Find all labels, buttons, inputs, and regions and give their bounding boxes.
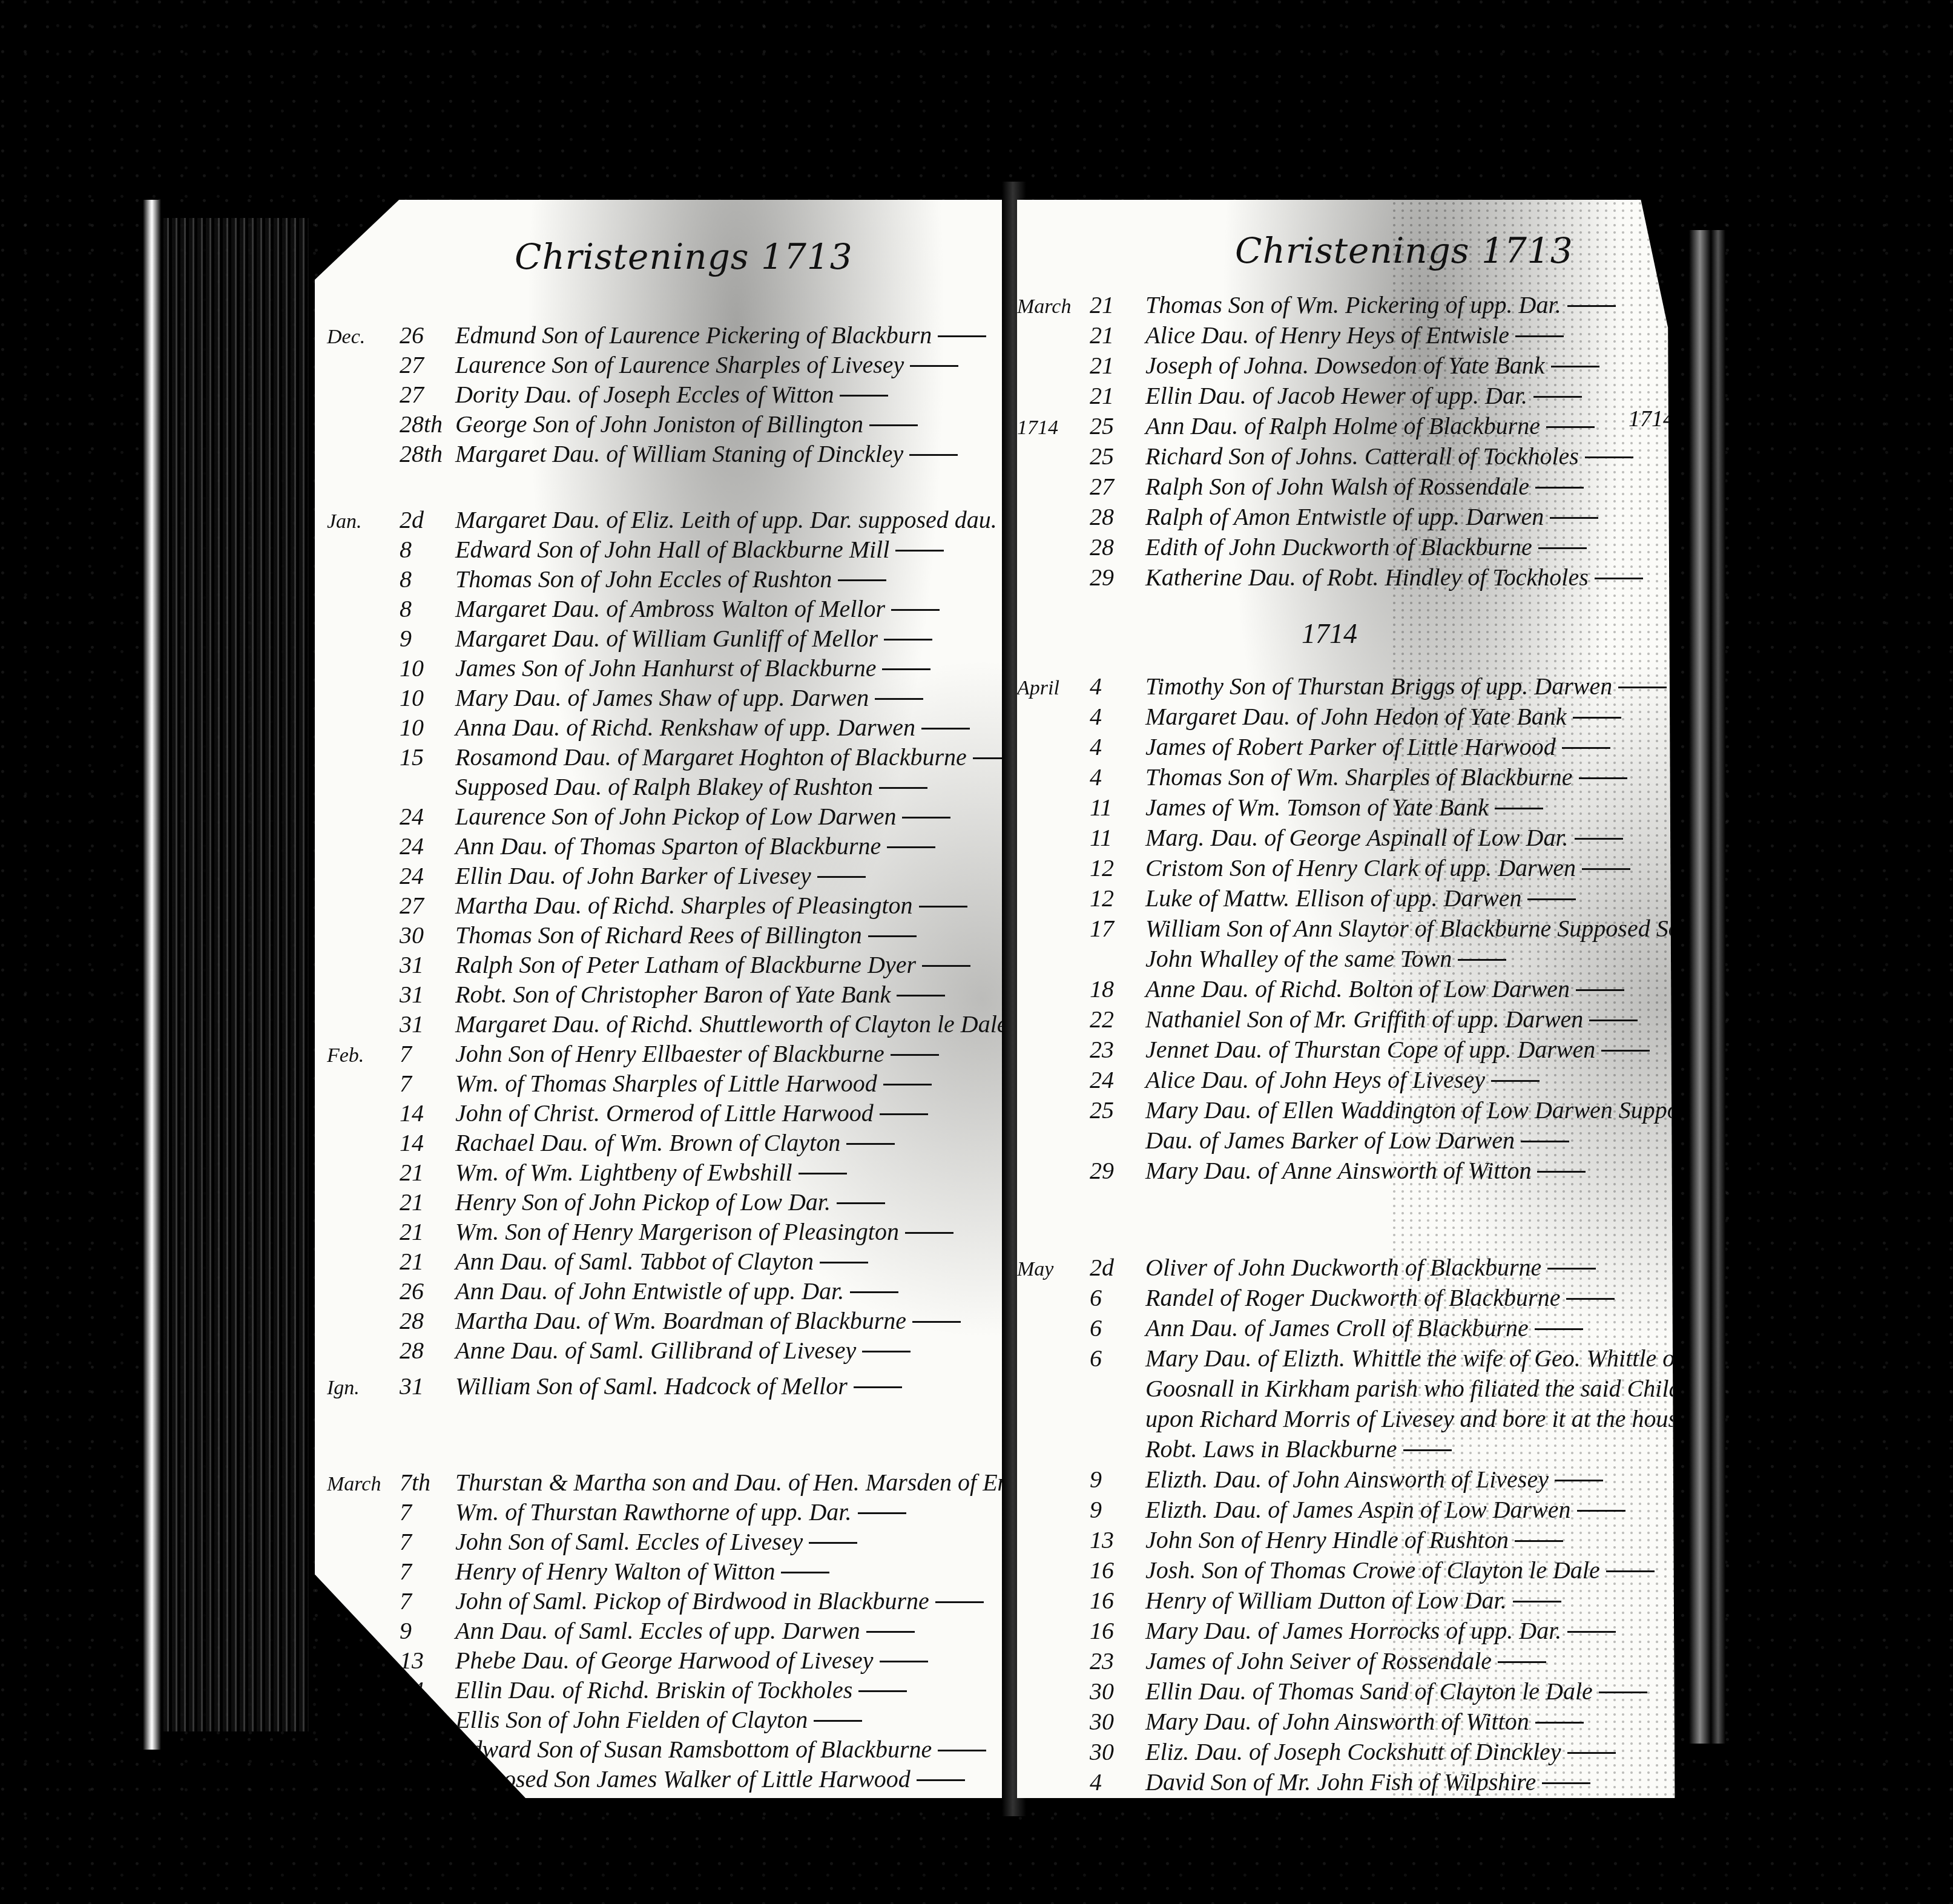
line-filler-dash: [902, 817, 950, 819]
entry-text: Ann Dau. of Ralph Holme of Blackburne: [1145, 412, 1540, 440]
entry-text: James of Robert Parker of Little Harwood: [1145, 733, 1556, 761]
register-entry: upon Richard Morris of Livesey and bore …: [1017, 1405, 1695, 1436]
entry-text: James of Wm. Tomson of Yate Bank: [1145, 793, 1489, 822]
register-entry: 4Margaret Dau. of John Hedon of Yate Ban…: [1017, 702, 1621, 734]
line-filler-dash: [1491, 1080, 1540, 1082]
entry-text: Martha Dau. of Wm. Boardman of Blackburn…: [455, 1306, 906, 1335]
entry-text: Margaret Dau. of William Staning of Dinc…: [455, 440, 903, 468]
register-entry: Goosnall in Kirkham parish who filiated …: [1017, 1374, 1695, 1406]
entry-text: William Son of Ann Slaytor of Blackburne…: [1145, 914, 1695, 943]
entry-day: 30: [1090, 1707, 1145, 1736]
line-filler-dash: [1562, 747, 1610, 749]
line-filler-dash: [897, 995, 945, 996]
register-entry: 30Ellin Dau. of Thomas Sand of Clayton l…: [1017, 1677, 1647, 1708]
register-entry: Jan.2dMargaret Dau. of Eliz. Leith of up…: [327, 506, 1017, 537]
entry-day: 23: [1090, 1647, 1145, 1675]
line-filler-dash: [1513, 1601, 1561, 1603]
entry-day: 23: [1090, 1035, 1145, 1064]
entry-text: John Son of Henry Hindle of Rushton: [1145, 1526, 1509, 1554]
line-filler-dash: [922, 965, 970, 967]
entry-text: upon Richard Morris of Livesey and bore …: [1145, 1405, 1695, 1433]
register-entry: Robt. Laws in Blackburne: [1017, 1435, 1452, 1466]
register-entry: 23James of John Seiver of Rossendale: [1017, 1647, 1546, 1678]
register-entry: 12Luke of Mattw. Ellison of upp. Darwen: [1017, 884, 1576, 915]
entry-day: 27: [400, 351, 455, 379]
line-filler-dash: [884, 639, 932, 641]
entry-day: 7: [400, 1557, 455, 1586]
register-entry: March7thThurstan & Martha son and Dau. o…: [327, 1468, 1017, 1500]
line-filler-dash: [1567, 1631, 1616, 1633]
entry-text: Nathaniel Son of Mr. Griffith of upp. Da…: [1145, 1005, 1583, 1033]
entry-text: Jennet Dau. of Thurstan Cope of upp. Dar…: [1145, 1035, 1595, 1064]
line-filler-dash: [799, 1173, 847, 1174]
register-entry: 21Joseph of Johna. Dowsedon of Yate Bank: [1017, 351, 1599, 383]
register-entry: 11Marg. Dau. of George Aspinall of Low D…: [1017, 823, 1623, 855]
line-filler-dash: [817, 876, 866, 878]
line-filler-dash: [909, 454, 958, 456]
entry-day: 7: [400, 1527, 455, 1556]
register-entry: 4David Son of Mr. John Fish of Wilpshire: [1017, 1768, 1590, 1798]
register-entry: April4Timothy Son of Thurstan Briggs of …: [1017, 672, 1667, 703]
entry-day: 21: [400, 1247, 455, 1276]
entry-text: Alice Dau. of Henry Heys of Entwisle: [1145, 321, 1509, 349]
register-entry: 26Ann Dau. of John Entwistle of upp. Dar…: [327, 1277, 898, 1308]
entry-text: Edmund Son of Laurence Pickering of Blac…: [455, 321, 932, 349]
entry-day: 21: [1090, 291, 1145, 319]
entry-day: 7: [400, 1498, 455, 1526]
entry-day: 4: [1090, 702, 1145, 731]
line-filler-dash: [846, 1143, 895, 1145]
register-entry: 15Rosamond Dau. of Margaret Hoghton of B…: [327, 743, 1017, 774]
entry-text: Wm. of Thomas Sharples of Little Harwood: [455, 1069, 877, 1098]
entry-text: Richard Son of Johns. Catterall of Tockh…: [1145, 442, 1579, 470]
entry-text: Thurstan & Martha son and Dau. of Hen. M…: [455, 1468, 1017, 1497]
register-entry: 27Martha Dau. of Richd. Sharples of Plea…: [327, 891, 967, 923]
entry-text: Phebe Dau. of George Harwood of Livesey: [455, 1646, 874, 1675]
entry-text: Rosamond Dau. of Margaret Hoghton of Bla…: [455, 743, 967, 771]
register-entry: 31Robt. Son of Christopher Baron of Yate…: [327, 980, 945, 1012]
left-page-heading: Christenings 1713: [515, 236, 853, 277]
entry-text: Randel of Roger Duckworth of Blackburne: [1145, 1283, 1560, 1312]
line-filler-dash: [1575, 838, 1623, 840]
entry-text: John of Christ. Ormerod of Little Harwoo…: [455, 1099, 874, 1127]
entry-text: Ellin Dau. of Thomas Sand of Clayton le …: [1145, 1677, 1593, 1705]
line-filler-dash: [912, 1321, 961, 1323]
entry-day: 14: [400, 1128, 455, 1157]
entry-text: James Son of John Hanhurst of Blackburne: [455, 654, 876, 682]
entry-text: Ralph Son of John Walsh of Rossendale: [1145, 472, 1529, 501]
entry-day: 8: [400, 535, 455, 564]
register-entry: 14Rachael Dau. of Wm. Brown of Clayton: [327, 1128, 895, 1160]
register-entry: 6Randel of Roger Duckworth of Blackburne: [1017, 1283, 1615, 1315]
entry-day: 29: [1090, 1156, 1145, 1185]
entry-day: 13: [400, 1646, 455, 1675]
entry-text: William Son of Saml. Hadcock of Mellor: [455, 1372, 848, 1400]
register-entry: May2dOliver of John Duckworth of Blackbu…: [1017, 1253, 1596, 1285]
entry-text: Ann Dau. of Thomas Sparton of Blackburne: [455, 832, 881, 860]
entry-text: Mary Dau. of James Horrocks of upp. Dar.: [1145, 1616, 1561, 1645]
line-filler-dash: [814, 1720, 862, 1722]
entry-day: 30: [400, 921, 455, 949]
line-filler-dash: [919, 906, 967, 908]
line-filler-dash: [1403, 1449, 1452, 1451]
entry-month: 1714: [1017, 417, 1090, 440]
register-entry: 14John of Christ. Ormerod of Little Harw…: [327, 1099, 928, 1130]
entry-text: Dority Dau. of Joseph Eccles of Witton: [455, 380, 834, 409]
entry-text: Alice Dau. of John Heys of Livesey: [1145, 1066, 1485, 1094]
register-entry: 6Mary Dau. of Elizth. Whittle the wife o…: [1017, 1344, 1695, 1375]
line-filler-dash: [1595, 578, 1643, 579]
line-filler-dash: [1535, 1722, 1584, 1724]
line-filler-dash: [1577, 1510, 1625, 1512]
entry-day: 7: [400, 1039, 455, 1068]
entry-text: Anna Dau. of Richd. Renkshaw of upp. Dar…: [455, 713, 915, 742]
entry-text: Margaret Dau. of William Gunliff of Mell…: [455, 624, 878, 653]
line-filler-dash: [1542, 1782, 1590, 1784]
register-entry: 11James of Wm. Tomson of Yate Bank: [1017, 793, 1543, 825]
register-entry: 13John Son of Henry Hindle of Rushton: [1017, 1526, 1563, 1557]
register-entry: 25Richard Son of Johns. Catterall of Toc…: [1017, 442, 1633, 473]
register-entry: 30Thomas Son of Richard Rees of Billingt…: [327, 921, 917, 952]
line-filler-dash: [935, 1601, 984, 1603]
register-entry: 7Wm. of Thomas Sharples of Little Harwoo…: [327, 1069, 932, 1101]
entry-text: Martha Dau. of Richd. Sharples of Pleasi…: [455, 891, 913, 920]
register-entry: 9Elizth. Dau. of John Ainsworth of Lives…: [1017, 1465, 1603, 1497]
entry-text: Thomas Son of Wm. Pickering of upp. Dar.: [1145, 291, 1561, 319]
entry-day: 14: [400, 1099, 455, 1127]
entry-day: 2d: [400, 506, 455, 534]
register-entry: 24Ellin Dau. of John Barker of Livesey: [327, 861, 866, 893]
entry-text: Luke of Mattw. Ellison of upp. Darwen: [1145, 884, 1521, 912]
register-entry: 6Ann Dau. of James Croll of Blackburne: [1017, 1314, 1583, 1345]
entry-text: Ralph of Amon Entwistle of upp. Darwen: [1145, 502, 1544, 531]
entry-text: Supposed Son James Walker of Little Harw…: [455, 1765, 911, 1793]
entry-day: 2d: [1090, 1253, 1145, 1282]
register-entry: 9Margaret Dau. of William Gunliff of Mel…: [327, 624, 932, 656]
entry-day: 30: [1090, 1677, 1145, 1705]
register-entry: John Whalley of the same Town: [1017, 944, 1506, 976]
entry-text: David Son of Mr. John Fish of Wilpshire: [1145, 1768, 1536, 1796]
entry-day: 28th: [400, 410, 455, 438]
entry-day: 24: [400, 802, 455, 831]
line-filler-dash: [866, 1631, 915, 1633]
entry-day: 8: [400, 595, 455, 623]
entry-day: 31: [400, 1372, 455, 1400]
entry-text: Mary Dau. of Ellen Waddington of Low Dar…: [1145, 1096, 1695, 1124]
entry-text: Laurence Son of John Pickop of Low Darwe…: [455, 802, 896, 831]
line-filler-dash: [1458, 959, 1506, 961]
entry-text: Ellin Dau. of John Barker of Livesey: [455, 861, 811, 890]
entry-month: Jan.: [327, 510, 400, 533]
line-filler-dash: [850, 1291, 898, 1293]
entry-day: 24: [1090, 1066, 1145, 1094]
line-filler-dash: [868, 935, 917, 937]
register-entry: 7John Son of Saml. Eccles of Livesey: [327, 1527, 857, 1559]
register-entry: March21Thomas Son of Wm. Pickering of up…: [1017, 291, 1616, 322]
line-filler-dash: [1527, 898, 1576, 900]
register-entry: 7Wm. of Thurstan Rawthorne of upp. Dar.: [327, 1498, 906, 1529]
register-entry: 7John of Saml. Pickop of Birdwood in Bla…: [327, 1587, 984, 1618]
entry-day: 12: [1090, 854, 1145, 882]
register-entry: 22Nathaniel Son of Mr. Griffith of upp. …: [1017, 1005, 1638, 1036]
register-entry: 13Phebe Dau. of George Harwood of Livese…: [327, 1646, 928, 1678]
register-entry: 16Henry of William Dutton of Low Dar.: [1017, 1586, 1561, 1618]
entry-month: May: [1017, 1258, 1090, 1281]
entry-text: Supposed Dau. of Ralph Blakey of Rushton: [455, 772, 873, 801]
entry-day: 16: [1090, 1586, 1145, 1615]
entry-text: Margaret Dau. of John Hedon of Yate Bank: [1145, 702, 1567, 731]
entry-text: Mary Dau. of Anne Ainsworth of Witton: [1145, 1156, 1531, 1185]
register-entry: 28thGeorge Son of John Joniston of Billi…: [327, 410, 918, 441]
entry-day: 31: [400, 1010, 455, 1038]
entry-month: March: [1017, 295, 1090, 318]
line-filler-dash: [880, 1661, 928, 1662]
line-filler-dash: [1515, 335, 1564, 337]
entry-text: Oliver of John Duckworth of Blackburne: [1145, 1253, 1541, 1282]
register-entry: 30Mary Dau. of John Ainsworth of Witton: [1017, 1707, 1584, 1739]
entry-day: 21: [400, 1158, 455, 1187]
register-entry: 171425Ann Dau. of Ralph Holme of Blackbu…: [1017, 412, 1595, 443]
entry-text: Edward Son of Susan Ramsbottom of Blackb…: [455, 1735, 932, 1764]
entry-month: Dec.: [327, 326, 400, 349]
entry-text: John Whalley of the same Town: [1145, 944, 1452, 973]
register-entry: 21Alice Dau. of Henry Heys of Entwisle: [1017, 321, 1564, 352]
register-entry: 28Anne Dau. of Saml. Gillibrand of Lives…: [327, 1336, 911, 1368]
register-entry: 27Laurence Son of Laurence Sharples of L…: [327, 351, 958, 382]
register-entry: Ign.31William Son of Saml. Hadcock of Me…: [327, 1372, 902, 1403]
entry-text: John Son of Henry Ellbaester of Blackbur…: [455, 1039, 884, 1068]
entry-text: Henry of William Dutton of Low Dar.: [1145, 1586, 1507, 1615]
entry-day: 6: [1090, 1283, 1145, 1312]
entry-day: 9: [400, 624, 455, 653]
entry-text: Ann Dau. of John Entwistle of upp. Dar.: [455, 1277, 844, 1305]
line-filler-dash: [820, 1262, 868, 1263]
register-entry: 31Ralph Son of Peter Latham of Blackburn…: [327, 950, 970, 982]
line-filler-dash: [858, 1690, 907, 1692]
register-entry: 8Thomas Son of John Eccles of Rushton: [327, 565, 886, 596]
line-filler-dash: [1576, 989, 1624, 991]
line-filler-dash: [1550, 517, 1598, 519]
entry-text: Katherine Dau. of Robt. Hindley of Tockh…: [1145, 563, 1589, 591]
entry-text: Henry of Henry Walton of Witton: [455, 1557, 775, 1586]
entry-day: 13: [1090, 1526, 1145, 1554]
entry-day: 25: [1090, 1096, 1145, 1124]
entry-text: Elizth. Dau. of John Ainsworth of Livese…: [1145, 1465, 1549, 1494]
entry-day: 4: [1090, 733, 1145, 761]
entry-day: 25: [1090, 412, 1145, 440]
entry-day: 15: [400, 743, 455, 771]
entry-day: 12: [1090, 884, 1145, 912]
line-filler-dash: [891, 1054, 939, 1056]
entry-day: 21: [1090, 321, 1145, 349]
register-entry: 21Wm. of Wm. Lightbeny of Ewbshill: [327, 1158, 847, 1190]
entry-text: Anne Dau. of Saml. Gillibrand of Livesey: [455, 1336, 856, 1365]
register-entry: 7Henry of Henry Walton of Witton: [327, 1557, 829, 1589]
line-filler-dash: [1601, 1050, 1650, 1052]
line-filler-dash: [882, 668, 930, 670]
entry-day: 8: [400, 565, 455, 593]
line-filler-dash: [1606, 1570, 1655, 1572]
entry-text: Robt. Son of Christopher Baron of Yate B…: [455, 980, 891, 1009]
entry-day: 21: [400, 1217, 455, 1246]
register-entry: Supposed Dau. of Ralph Blakey of Rushton: [327, 772, 927, 804]
line-filler-dash: [1521, 1141, 1569, 1142]
entry-text: Marg. Dau. of George Aspinall of Low Dar…: [1145, 823, 1569, 852]
line-filler-dash: [862, 1351, 911, 1352]
register-entry: 31Margaret Dau. of Richd. Shuttleworth o…: [327, 1010, 1017, 1041]
entry-text: Joseph of Johna. Dowsedon of Yate Bank: [1145, 351, 1545, 380]
line-filler-dash: [880, 1113, 928, 1115]
entry-text: Ellis Son of John Fielden of Clayton: [455, 1705, 808, 1734]
register-entry: 9Elizth. Dau. of James Aspin of Low Darw…: [1017, 1495, 1625, 1527]
entry-text: Laurence Son of Laurence Sharples of Liv…: [455, 351, 904, 379]
entry-day: 26: [400, 321, 455, 349]
register-entry: 21Wm. Son of Henry Margerison of Pleasin…: [327, 1217, 953, 1249]
register-entry: 24Ann Dau. of Thomas Sparton of Blackbur…: [327, 832, 935, 863]
line-filler-dash: [838, 579, 886, 581]
register-entry: 21Ellin Dau. of Jacob Hewer of upp. Dar.: [1017, 381, 1582, 413]
entry-text: John Son of Saml. Eccles of Livesey: [455, 1527, 803, 1556]
line-filler-dash: [854, 1386, 902, 1388]
entry-day: 31: [400, 980, 455, 1009]
entry-day: 4: [1090, 1768, 1145, 1796]
entry-month: April: [1017, 677, 1090, 700]
entry-day: 18: [1090, 975, 1145, 1003]
entry-text: Eliz. Dau. of Joseph Cockshutt of Dinckl…: [1145, 1738, 1561, 1766]
entry-day: 27: [400, 380, 455, 409]
entry-text: John of Saml. Pickop of Birdwood in Blac…: [455, 1587, 929, 1615]
entry-text: Ann Dau. of Saml. Eccles of upp. Darwen: [455, 1616, 860, 1645]
entry-day: 9: [1090, 1465, 1145, 1494]
entry-day: 7: [400, 1587, 455, 1615]
entry-day: 7: [400, 1069, 455, 1098]
entry-text: Thomas Son of Wm. Sharples of Blackburne: [1145, 763, 1573, 791]
register-entry: 16Mary Dau. of James Horrocks of upp. Da…: [1017, 1616, 1616, 1648]
line-filler-dash: [1567, 305, 1616, 307]
line-filler-dash: [837, 1202, 885, 1204]
register-entry: 23Jennet Dau. of Thurstan Cope of upp. D…: [1017, 1035, 1650, 1067]
register-entry: 12Cristom Son of Henry Clark of upp. Dar…: [1017, 854, 1630, 885]
entry-text: Wm. of Wm. Lightbeny of Ewbshill: [455, 1158, 792, 1187]
register-entry: 17William Son of Ann Slaytor of Blackbur…: [1017, 914, 1695, 946]
entry-day: 7th: [400, 1468, 455, 1497]
left-page: Christenings 1713 Dec.26Edmund Son of La…: [315, 200, 1017, 1798]
entry-text: Mary Dau. of John Ainsworth of Witton: [1145, 1707, 1529, 1736]
register-entry: 28Edith of John Duckworth of Blackburne: [1017, 533, 1587, 564]
entry-day: 22: [1090, 1005, 1145, 1033]
entry-day: 29: [1090, 563, 1145, 591]
entry-day: 21: [400, 1188, 455, 1216]
entry-day: 10: [400, 684, 455, 712]
entry-text: Wm. Son of Henry Margerison of Pleasingt…: [455, 1217, 899, 1246]
entry-text: Cristom Son of Henry Clark of upp. Darwe…: [1145, 854, 1576, 882]
line-filler-dash: [809, 1542, 857, 1544]
year-subheading: 1714: [1302, 618, 1357, 650]
entry-day: 21: [1090, 351, 1145, 380]
line-filler-dash: [858, 1512, 906, 1514]
book-edge-right: [1689, 230, 1725, 1744]
line-filler-dash: [1555, 1480, 1603, 1481]
entry-text: Rachael Dau. of Wm. Brown of Clayton: [455, 1128, 840, 1157]
entry-text: Thomas Son of Richard Rees of Billington: [455, 921, 862, 949]
register-entry: 24Alice Dau. of John Heys of Livesey: [1017, 1066, 1540, 1097]
register-entry: Dau. of James Barker of Low Darwen: [1017, 1126, 1569, 1158]
register-entry: 30Eliz. Dau. of Joseph Cockshutt of Dinc…: [1017, 1738, 1616, 1769]
entry-day: 4: [1090, 763, 1145, 791]
line-filler-dash: [1535, 1328, 1583, 1330]
register-entry: 28thMargaret Dau. of William Staning of …: [327, 440, 958, 471]
entry-text: Wm. of Thurstan Rawthorne of upp. Dar.: [455, 1498, 852, 1526]
register-entry: 29Mary Dau. of Anne Ainsworth of Witton: [1017, 1156, 1586, 1188]
entry-day: 24: [400, 832, 455, 860]
line-filler-dash: [891, 609, 940, 611]
line-filler-dash: [1599, 1692, 1647, 1693]
line-filler-dash: [921, 728, 970, 730]
entry-text: George Son of John Joniston of Billingto…: [455, 410, 863, 438]
register-entry: 10Mary Dau. of James Shaw of upp. Darwen: [327, 684, 923, 715]
entry-text: Ann Dau. of Saml. Tabbot of Clayton: [455, 1247, 814, 1276]
entry-text: Goosnall in Kirkham parish who filiated …: [1145, 1374, 1681, 1403]
line-filler-dash: [917, 1779, 965, 1781]
book-edge-left: [143, 200, 161, 1750]
line-filler-dash: [1495, 808, 1543, 809]
entry-month: Ign.: [327, 1377, 400, 1400]
register-entry: 10Anna Dau. of Richd. Renkshaw of upp. D…: [327, 713, 970, 745]
line-filler-dash: [879, 787, 927, 789]
line-filler-dash: [938, 1750, 986, 1751]
line-filler-dash: [1515, 1540, 1563, 1542]
line-filler-dash: [875, 698, 923, 700]
entry-day: 9: [1090, 1495, 1145, 1524]
entry-day: 28: [400, 1336, 455, 1365]
entry-day: 31: [400, 950, 455, 979]
entry-text: Ann Dau. of James Croll of Blackburne: [1145, 1314, 1529, 1342]
register-entry: 18Anne Dau. of Richd. Bolton of Low Darw…: [1017, 975, 1624, 1006]
entry-text: Timothy Son of Thurstan Briggs of upp. D…: [1145, 672, 1612, 700]
entry-text: Ellin Dau. of Richd. Briskin of Tockhole…: [455, 1676, 852, 1704]
entry-text: Edith of John Duckworth of Blackburne: [1145, 533, 1532, 561]
entry-text: Mary Dau. of Elizth. Whittle the wife of…: [1145, 1344, 1681, 1372]
register-entry: 29Katherine Dau. of Robt. Hindley of Toc…: [1017, 563, 1643, 595]
line-filler-dash: [1585, 456, 1633, 458]
register-entry: 8Margaret Dau. of Ambross Walton of Mell…: [327, 595, 940, 626]
register-entry: 21Ann Dau. of Saml. Tabbot of Clayton: [327, 1247, 868, 1279]
right-page-heading: Christenings 1713: [1235, 230, 1573, 271]
register-entry: 28Ralph of Amon Entwistle of upp. Darwen: [1017, 502, 1598, 534]
line-filler-dash: [1537, 1171, 1586, 1173]
line-filler-dash: [905, 1232, 953, 1234]
entry-month: March: [327, 1473, 400, 1496]
entry-text: Henry Son of John Pickop of Low Dar.: [455, 1188, 831, 1216]
entry-day: 6: [1090, 1314, 1145, 1342]
entry-day: 21: [1090, 381, 1145, 410]
register-entry: 8Edward Son of John Hall of Blackburne M…: [327, 535, 944, 567]
line-filler-dash: [1535, 487, 1584, 489]
entry-day: 17: [1090, 914, 1145, 943]
entry-day: 28: [1090, 533, 1145, 561]
entry-day: 27: [1090, 472, 1145, 501]
entry-day: 26: [400, 1277, 455, 1305]
entry-day: 9: [400, 1616, 455, 1645]
entry-text: Margaret Dau. of Eliz. Leith of upp. Dar…: [455, 506, 1017, 534]
entry-text: Dau. of James Barker of Low Darwen: [1145, 1126, 1515, 1155]
entry-day: 10: [400, 654, 455, 682]
line-filler-dash: [781, 1572, 829, 1573]
entry-day: 10: [400, 713, 455, 742]
register-entry: 21Henry Son of John Pickop of Low Dar.: [327, 1188, 885, 1219]
entry-text: Anne Dau. of Richd. Bolton of Low Darwen: [1145, 975, 1570, 1003]
line-filler-dash: [1579, 777, 1627, 779]
